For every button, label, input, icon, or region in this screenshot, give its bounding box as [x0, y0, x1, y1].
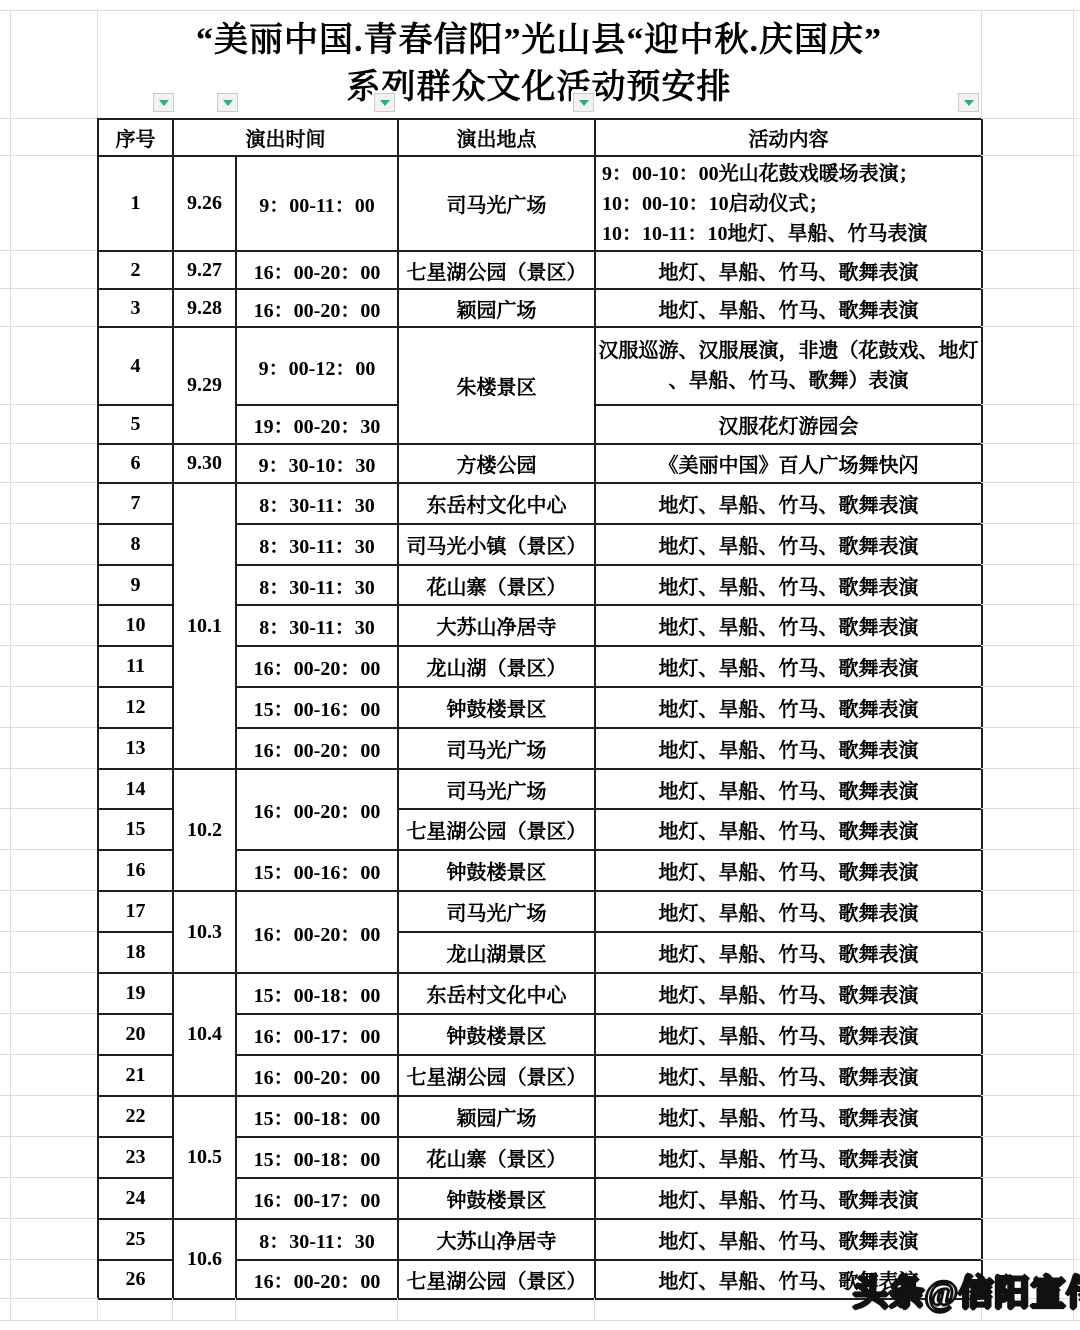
content-line: 10：00-10：10启动仪式；	[598, 189, 979, 219]
cell-time: 16：00-20：00	[236, 1055, 398, 1096]
gridline	[981, 482, 1080, 483]
gridline	[97, 10, 98, 118]
table-row: 1 9.26 9：00-11：00 司马光广场 9：00-10：00光山花鼓戏暖…	[98, 156, 982, 251]
cell-content: 地灯、旱船、竹马、歌舞表演	[595, 565, 982, 605]
cell-num: 4	[98, 327, 173, 405]
cell-num: 17	[98, 891, 173, 932]
filter-dropdown-icon	[380, 100, 390, 106]
gridline	[981, 1259, 1080, 1260]
content-line: 、旱船、竹马、歌舞）表演	[598, 366, 979, 396]
filter-dropdown-icon	[964, 100, 974, 106]
cell-date: 10.6	[173, 1219, 236, 1299]
cell-num: 16	[98, 850, 173, 891]
gridline	[0, 768, 97, 769]
gridline	[97, 1298, 98, 1320]
cell-time: 9：30-10：30	[236, 444, 398, 483]
cell-content: 地灯、旱船、竹马、歌舞表演	[595, 524, 982, 565]
gridline	[0, 972, 97, 973]
cell-location: 七星湖公园（景区）	[398, 251, 595, 289]
gridline	[0, 1298, 97, 1299]
cell-location: 钟鼓楼景区	[398, 687, 595, 728]
cell-num: 18	[98, 932, 173, 973]
cell-location: 七星湖公园（景区）	[398, 809, 595, 850]
spreadsheet-page: “美丽中国.青春信阳”光山县“迎中秋.庆国庆” 系列群众文化活动预安排 序号 演…	[0, 0, 1080, 1330]
cell-content: 地灯、旱船、竹马、歌舞表演	[595, 932, 982, 973]
cell-date: 9.28	[173, 289, 236, 327]
cell-location: 大苏山净居寺	[398, 605, 595, 646]
gridline	[981, 808, 1080, 809]
table-row: 25 10.6 8：30-11：30 大苏山净居寺 地灯、旱船、竹马、歌舞表演	[98, 1219, 982, 1260]
cell-content: 汉服花灯游园会	[595, 405, 982, 444]
cell-content: 地灯、旱船、竹马、歌舞表演	[595, 1096, 982, 1137]
cell-content: 地灯、旱船、竹马、歌舞表演	[595, 687, 982, 728]
gridline	[0, 404, 97, 405]
cell-num: 11	[98, 646, 173, 687]
gridline	[0, 288, 97, 289]
cell-time: 16：00-20：00	[236, 769, 398, 850]
cell-num: 3	[98, 289, 173, 327]
gridline	[0, 1013, 97, 1014]
cell-location: 方楼公园	[398, 444, 595, 483]
gridline	[981, 523, 1080, 524]
cell-num: 9	[98, 565, 173, 605]
filter-dropdown-button-num[interactable]	[153, 93, 174, 112]
header-time: 演出时间	[173, 119, 398, 156]
cell-content: 地灯、旱船、竹马、歌舞表演	[595, 1137, 982, 1178]
cell-location: 龙山湖景区	[398, 932, 595, 973]
gridline	[981, 1136, 1080, 1137]
cell-location: 花山寨（景区）	[398, 1137, 595, 1178]
cell-time: 8：30-11：30	[236, 524, 398, 565]
cell-num: 25	[98, 1219, 173, 1260]
cell-location: 东岳村文化中心	[398, 483, 595, 524]
cell-location: 大苏山净居寺	[398, 1219, 595, 1260]
page-title-line1: “美丽中国.青春信阳”光山县“迎中秋.庆国庆”	[196, 17, 882, 64]
cell-location: 东岳村文化中心	[398, 973, 595, 1014]
cell-date: 10.3	[173, 891, 236, 973]
gridline	[0, 931, 97, 932]
gridline	[981, 768, 1080, 769]
table-row: 2 9.27 16：00-20：00 七星湖公园（景区） 地灯、旱船、竹马、歌舞…	[98, 251, 982, 289]
cell-location: 朱楼景区	[398, 327, 595, 444]
gridline	[981, 10, 982, 118]
filter-dropdown-button-time[interactable]	[374, 93, 395, 112]
cell-num: 21	[98, 1055, 173, 1096]
cell-num: 23	[98, 1137, 173, 1178]
gridline	[981, 1054, 1080, 1055]
gridline	[981, 727, 1080, 728]
gridline	[981, 1177, 1080, 1178]
content-line: 汉服巡游、汉服展演，非遗（花鼓戏、地灯	[598, 336, 979, 366]
gridline	[981, 1013, 1080, 1014]
cell-time: 16：00-17：00	[236, 1014, 398, 1055]
gridline	[0, 1320, 1080, 1321]
filter-dropdown-button-activity[interactable]	[958, 93, 979, 112]
gridline	[0, 250, 97, 251]
cell-content: 地灯、旱船、竹马、歌舞表演	[595, 646, 982, 687]
gridline	[981, 443, 1080, 444]
cell-content: 地灯、旱船、竹马、歌舞表演	[595, 1178, 982, 1219]
table-row: 3 9.28 16：00-20：00 颖园广场 地灯、旱船、竹马、歌舞表演	[98, 289, 982, 327]
cell-content: 汉服巡游、汉服展演，非遗（花鼓戏、地灯 、旱船、竹马、歌舞）表演	[595, 327, 982, 405]
table-row: 19 10.4 15：00-18：00 东岳村文化中心 地灯、旱船、竹马、歌舞表…	[98, 973, 982, 1014]
gridline	[0, 10, 1080, 11]
table-row: 4 9.29 9：00-12：00 朱楼景区 汉服巡游、汉服展演，非遗（花鼓戏、…	[98, 327, 982, 405]
cell-date: 9.29	[173, 327, 236, 444]
cell-time: 8：30-11：30	[236, 565, 398, 605]
gridline	[0, 686, 97, 687]
gridline	[0, 1177, 97, 1178]
cell-num: 12	[98, 687, 173, 728]
filter-dropdown-button-place[interactable]	[573, 93, 594, 112]
cell-content: 地灯、旱船、竹马、歌舞表演	[595, 289, 982, 327]
cell-date: 9.26	[173, 156, 236, 251]
cell-time: 16：00-20：00	[236, 728, 398, 769]
cell-content: 《美丽中国》百人广场舞快闪	[595, 444, 982, 483]
table-row: 7 10.1 8：30-11：30 东岳村文化中心 地灯、旱船、竹马、歌舞表演	[98, 483, 982, 524]
header-num: 序号	[98, 119, 173, 156]
cell-num: 26	[98, 1260, 173, 1299]
gridline	[0, 890, 97, 891]
gridline	[0, 1259, 97, 1260]
cell-time: 16：00-20：00	[236, 646, 398, 687]
cell-location: 钟鼓楼景区	[398, 850, 595, 891]
gridline	[981, 250, 1080, 251]
cell-date: 10.4	[173, 973, 236, 1096]
cell-content: 地灯、旱船、竹马、歌舞表演	[595, 850, 982, 891]
cell-num: 10	[98, 605, 173, 646]
cell-date: 9.27	[173, 251, 236, 289]
schedule-table: 序号 演出时间 演出地点 活动内容 1 9.26 9：00-11：00 司马光广…	[97, 118, 983, 1300]
gridline	[0, 1218, 97, 1219]
cell-date: 10.2	[173, 769, 236, 891]
gridline	[0, 1136, 97, 1137]
cell-time: 16：00-20：00	[236, 289, 398, 327]
cell-content: 地灯、旱船、竹马、歌舞表演	[595, 1055, 982, 1096]
cell-date: 10.1	[173, 483, 236, 769]
cell-content: 地灯、旱船、竹马、歌舞表演	[595, 1219, 982, 1260]
gridline	[172, 1298, 173, 1320]
cell-content: 地灯、旱船、竹马、歌舞表演	[595, 728, 982, 769]
gridline	[0, 1054, 97, 1055]
gridline	[0, 523, 97, 524]
gridline	[981, 931, 1080, 932]
table-row: 14 10.2 16：00-20：00 司马光广场 地灯、旱船、竹马、歌舞表演	[98, 769, 982, 809]
content-line: 9：00-10：00光山花鼓戏暖场表演；	[598, 159, 979, 189]
gridline	[0, 564, 97, 565]
table-row: 17 10.3 16：00-20：00 司马光广场 地灯、旱船、竹马、歌舞表演	[98, 891, 982, 932]
cell-time: 15：00-18：00	[236, 1096, 398, 1137]
header-place: 演出地点	[398, 119, 595, 156]
content-line: 10：10-11：10地灯、旱船、竹马表演	[598, 219, 979, 249]
cell-time: 15：00-18：00	[236, 1137, 398, 1178]
cell-location: 七星湖公园（景区）	[398, 1260, 595, 1299]
gridline	[594, 1298, 595, 1320]
gridline	[981, 404, 1080, 405]
gridline	[981, 890, 1080, 891]
gridline	[981, 849, 1080, 850]
cell-time: 9：00-11：00	[236, 156, 398, 251]
cell-location: 钟鼓楼景区	[398, 1178, 595, 1219]
cell-location: 花山寨（景区）	[398, 565, 595, 605]
cell-content: 地灯、旱船、竹马、歌舞表演	[595, 769, 982, 809]
cell-time: 19：00-20：30	[236, 405, 398, 444]
cell-time: 15：00-16：00	[236, 687, 398, 728]
gridline	[981, 1095, 1080, 1096]
cell-num: 7	[98, 483, 173, 524]
gridline	[981, 1218, 1080, 1219]
gridline	[981, 686, 1080, 687]
table-row: 22 10.5 15：00-18：00 颖园广场 地灯、旱船、竹马、歌舞表演	[98, 1096, 982, 1137]
gridline	[981, 118, 1080, 119]
cell-content: 地灯、旱船、竹马、歌舞表演	[595, 973, 982, 1014]
cell-content: 地灯、旱船、竹马、歌舞表演	[595, 605, 982, 646]
gridline	[981, 972, 1080, 973]
cell-date: 10.5	[173, 1096, 236, 1219]
gridline	[981, 326, 1080, 327]
gridline	[981, 564, 1080, 565]
filter-dropdown-icon	[223, 100, 233, 106]
gridline	[0, 482, 97, 483]
gridline	[397, 1298, 398, 1320]
cell-content: 地灯、旱船、竹马、歌舞表演	[595, 809, 982, 850]
gridline	[0, 155, 97, 156]
cell-num: 20	[98, 1014, 173, 1055]
cell-num: 5	[98, 405, 173, 444]
gridline	[981, 645, 1080, 646]
cell-time: 9：00-12：00	[236, 327, 398, 405]
gridline	[0, 604, 97, 605]
cell-location: 司马光广场	[398, 728, 595, 769]
cell-content: 9：00-10：00光山花鼓戏暖场表演； 10：00-10：10启动仪式； 10…	[595, 156, 982, 251]
gridline	[0, 118, 97, 119]
cell-time: 16：00-20：00	[236, 251, 398, 289]
table-row: 6 9.30 9：30-10：30 方楼公园 《美丽中国》百人广场舞快闪	[98, 444, 982, 483]
cell-time: 8：30-11：30	[236, 1219, 398, 1260]
gridline	[0, 326, 97, 327]
gridline	[0, 1095, 97, 1096]
cell-time: 15：00-18：00	[236, 973, 398, 1014]
table-header-row: 序号 演出时间 演出地点 活动内容	[98, 119, 982, 156]
cell-num: 15	[98, 809, 173, 850]
cell-location: 司马光小镇（景区）	[398, 524, 595, 565]
cell-num: 19	[98, 973, 173, 1014]
cell-location: 司马光广场	[398, 769, 595, 809]
gridline	[981, 604, 1080, 605]
gridline	[0, 645, 97, 646]
cell-num: 2	[98, 251, 173, 289]
cell-time: 8：30-11：30	[236, 483, 398, 524]
cell-content: 地灯、旱船、竹马、歌舞表演	[595, 891, 982, 932]
cell-content: 地灯、旱船、竹马、歌舞表演	[595, 251, 982, 289]
gridline	[981, 288, 1080, 289]
filter-dropdown-icon	[579, 100, 589, 106]
cell-num: 14	[98, 769, 173, 809]
cell-num: 22	[98, 1096, 173, 1137]
cell-num: 13	[98, 728, 173, 769]
cell-content: 地灯、旱船、竹马、歌舞表演	[595, 483, 982, 524]
cell-location: 颖园广场	[398, 1096, 595, 1137]
cell-time: 8：30-11：30	[236, 605, 398, 646]
cell-time: 15：00-16：00	[236, 850, 398, 891]
cell-content: 地灯、旱船、竹马、歌舞表演	[595, 1014, 982, 1055]
gridline	[0, 443, 97, 444]
cell-time: 16：00-20：00	[236, 891, 398, 973]
cell-num: 8	[98, 524, 173, 565]
cell-location: 七星湖公园（景区）	[398, 1055, 595, 1096]
gridline	[0, 808, 97, 809]
cell-time: 16：00-17：00	[236, 1178, 398, 1219]
cell-num: 6	[98, 444, 173, 483]
cell-num: 24	[98, 1178, 173, 1219]
filter-dropdown-icon	[159, 100, 169, 106]
cell-location: 司马光广场	[398, 156, 595, 251]
cell-time: 16：00-20：00	[236, 1260, 398, 1299]
cell-num: 1	[98, 156, 173, 251]
cell-location: 司马光广场	[398, 891, 595, 932]
gridline	[981, 155, 1080, 156]
header-activity: 活动内容	[595, 119, 982, 156]
gridline	[0, 727, 97, 728]
cell-date: 9.30	[173, 444, 236, 483]
gridline	[235, 1298, 236, 1320]
cell-location: 钟鼓楼景区	[398, 1014, 595, 1055]
cell-location: 颖园广场	[398, 289, 595, 327]
gridline	[0, 849, 97, 850]
gridline	[1073, 10, 1074, 1320]
cell-location: 龙山湖（景区）	[398, 646, 595, 687]
filter-dropdown-button-date[interactable]	[217, 93, 238, 112]
watermark: 头条@信阳宣传	[853, 1266, 1080, 1316]
page-title-line2: 系列群众文化活动预安排	[347, 64, 732, 111]
gridline	[10, 10, 11, 1320]
